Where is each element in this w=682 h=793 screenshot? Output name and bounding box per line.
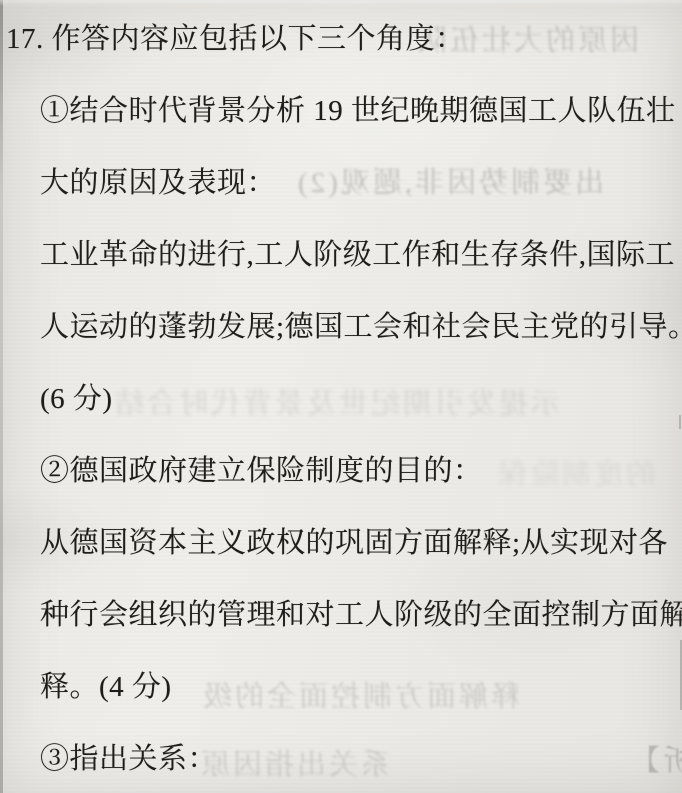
line-point2-heading: ②德国政府建立保险制度的目的：	[0, 432, 682, 504]
line-point1-answer-part2: 人运动的蓬勃发展;德国工会和社会民主党的引导。	[0, 288, 682, 360]
line-point2-answer-part2: 种行会组织的管理和对工人阶级的全面控制方面解	[0, 576, 682, 648]
scan-left-edge-shadow	[0, 0, 3, 793]
line-point1-answer-part1: 工业革命的进行,工人阶级工作和生存条件,国际工	[0, 216, 682, 288]
line-point1-heading-part1: ①结合时代背景分析 19 世纪晚期德国工人队伍壮	[0, 72, 682, 144]
scanned-document-page: 因原的大壮伍队 出要制势因非,题观(2) 示提发引期纪世及景背代时合结 的度制险…	[0, 0, 682, 793]
line-point3-heading: ③指出关系：	[0, 720, 682, 792]
line-point2-answer-part1: 从德国资本主义政权的巩固方面解释;从实现对各	[0, 504, 682, 576]
scan-top-edge-highlight	[0, 0, 682, 6]
answer-key-text-block: 17. 作答内容应包括以下三个角度： ①结合时代背景分析 19 世纪晚期德国工人…	[0, 0, 682, 792]
line-point1-score: (6 分)	[0, 360, 682, 432]
line-point1-heading-part2: 大的原因及表现：	[0, 144, 682, 216]
scan-right-edge-mark	[679, 415, 681, 429]
line-question-17-intro: 17. 作答内容应包括以下三个角度：	[0, 0, 682, 72]
line-point2-score: 释。(4 分)	[0, 648, 682, 720]
